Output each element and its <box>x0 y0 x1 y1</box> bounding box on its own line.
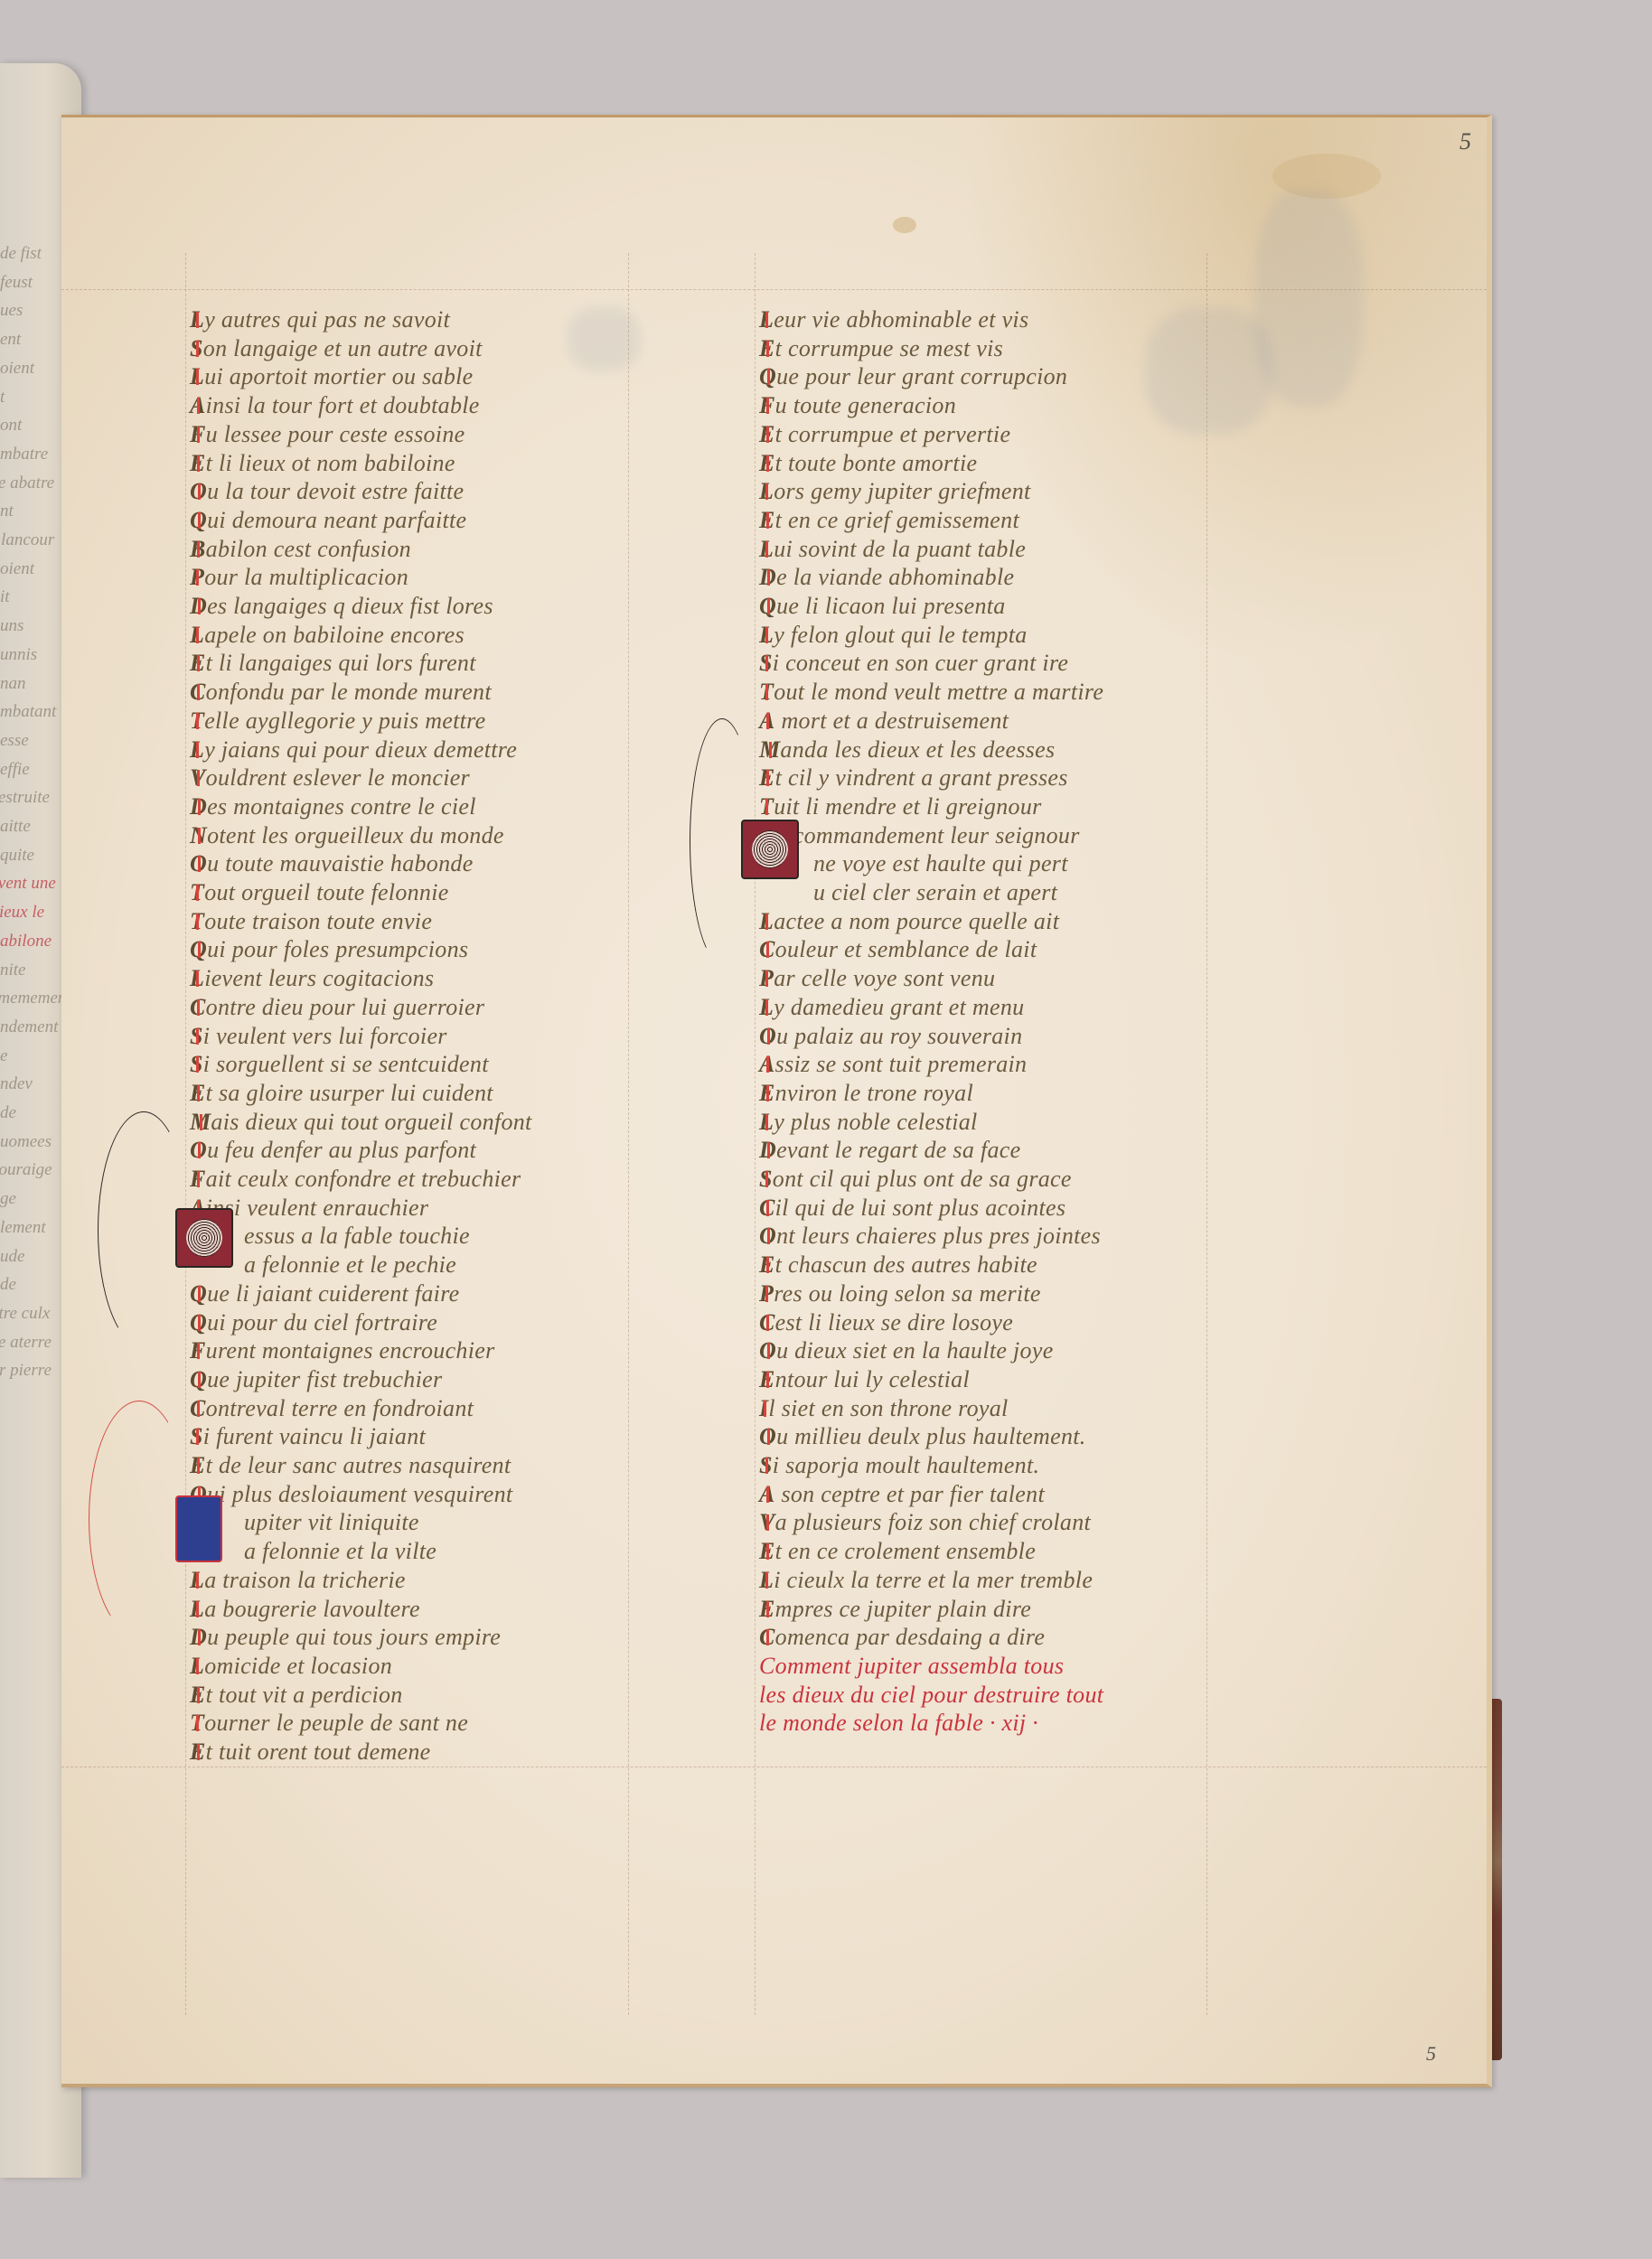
rubricated-initial: L <box>190 1652 204 1681</box>
rubricated-initial: T <box>190 878 204 907</box>
verse-line: Ou toute mauvaistie habonde <box>190 849 474 878</box>
verse-line: Et tuit orent tout demene <box>190 1738 431 1767</box>
verse-line: Ou palaiz au roy souverain <box>759 1022 1022 1051</box>
verse-line: Et cil y vindrent a grant presses <box>759 764 1068 792</box>
verse-text: y jaians qui pour dieux demettre <box>204 736 517 763</box>
verse-text: a felonnie et la vilte <box>244 1538 436 1564</box>
verse-line: Et chascun des autres habite <box>759 1251 1037 1279</box>
verse-text: u toute mauvaistie habonde <box>207 850 473 876</box>
verse-text: t corrumpue et pervertie <box>775 421 1011 447</box>
rubricated-initial: A <box>759 1050 775 1079</box>
verse-line: Ou millieu deulx plus haultement. <box>759 1422 1086 1451</box>
rubricated-initial: E <box>190 449 206 478</box>
verse-text: i cieulx la terre et la mer tremble <box>774 1567 1093 1593</box>
previous-page-text-fragment: uomees <box>0 1132 52 1152</box>
previous-page-text-fragment: ntre culx <box>0 1304 50 1324</box>
rubricated-initial: S <box>190 1422 203 1451</box>
verse-text: ue li licaon lui presenta <box>776 593 1006 619</box>
knotwork-ornament <box>186 1219 222 1257</box>
rubricated-initial: N <box>190 821 207 850</box>
verse-line: Que li jaiant cuiderent faire <box>190 1279 460 1308</box>
verse-text: a felonnie et le pechie <box>244 1251 456 1278</box>
rubricated-initial: M <box>190 1108 211 1137</box>
verse-text: elle aygllegorie y puis mettre <box>204 708 485 734</box>
previous-page-text-fragment: de fist <box>0 244 42 264</box>
previous-page-text-fragment: oient <box>0 359 34 379</box>
ink-offset <box>1254 190 1363 407</box>
previous-page-text-fragment: nt <box>0 501 14 521</box>
previous-page-text-fragment: uns <box>0 616 23 636</box>
rubricated-initial: P <box>759 964 774 993</box>
verse-text: actee a nom pource quelle ait <box>774 908 1059 934</box>
verse-text: u dieux siet en la haulte joye <box>776 1337 1053 1364</box>
verse-text: t en ce grief gemissement <box>775 507 1019 533</box>
verse-text: t tuit orent tout demene <box>206 1739 431 1765</box>
previous-page-text-fragment: effie <box>0 760 30 780</box>
previous-page-text-fragment: ude <box>0 1247 24 1267</box>
previous-page-text-fragment: l couraige <box>0 1160 52 1180</box>
rubricated-initial: C <box>190 1394 206 1423</box>
verse-text: u palaiz au roy souverain <box>776 1023 1022 1049</box>
verse-line: Ly jaians qui pour dieux demettre <box>190 736 517 764</box>
verse-text: ue li jaiant cuiderent faire <box>207 1280 459 1307</box>
verse-line: Ou la tour devoit estre faitte <box>190 477 464 506</box>
verse-line: Notent les orgueilleux du monde <box>190 821 504 850</box>
rubricated-initial: C <box>759 935 775 964</box>
verse-text: l siet en son throne royal <box>768 1395 1008 1421</box>
rubric-heading-line: Comment jupiter assembla tous <box>759 1652 1064 1681</box>
rubric-heading-line: les dieux du ciel pour destruire tout <box>759 1681 1103 1710</box>
verse-text: est li lieux se dire losoye <box>775 1309 1013 1336</box>
verse-line: Ly damedieu grant et menu <box>759 993 1024 1022</box>
verse-line: Comenca par desdaing a dire <box>759 1623 1045 1652</box>
previous-page-text-fragment: e <box>0 1046 7 1066</box>
verse-line: La bougrerie lavoultere <box>190 1595 420 1624</box>
rubricated-initial: M <box>759 736 780 764</box>
rubricated-initial: Q <box>190 1365 207 1394</box>
previous-page-text-fragment: ndev <box>0 1074 33 1094</box>
rubricated-initial: T <box>190 1709 204 1738</box>
rubric-heading-line: le monde selon la fable · xij · <box>759 1709 1038 1738</box>
rubricated-initial: D <box>759 1136 776 1165</box>
rubricated-initial: T <box>759 792 774 821</box>
verse-text: es langaiges q dieux fist lores <box>207 593 493 619</box>
verse-line: Si veulent vers lui forcoier <box>190 1022 447 1051</box>
verse-line: Cil qui de lui sont plus acointes <box>759 1194 1065 1223</box>
verse-line: Par celle voye sont venu <box>759 964 995 993</box>
rubricated-initial: E <box>759 506 775 535</box>
ruling-left-col-right <box>628 253 629 2015</box>
verse-line: Que pour leur grant corrupcion <box>759 362 1067 391</box>
rubricated-initial: S <box>759 1451 773 1480</box>
previous-page-text-fragment: e aterre <box>0 1333 52 1353</box>
verse-line: Cest li lieux se dire losoye <box>759 1308 1013 1337</box>
rubricated-initial: C <box>759 1623 775 1652</box>
verse-text: insi la tour fort et doubtable <box>206 392 480 418</box>
rubricated-initial: E <box>759 449 775 478</box>
verse-line: Tout le mond veult mettre a martire <box>759 678 1103 707</box>
previous-page-text-fragment: our pierre <box>0 1361 52 1381</box>
rubricated-initial: F <box>190 420 206 449</box>
verse-text: ui aportoit mortier ou sable <box>204 363 473 389</box>
verse-text: nt leurs chaieres plus pres jointes <box>776 1223 1101 1249</box>
verse-line: Fu toute generacion <box>759 391 956 420</box>
rubricated-initial: T <box>190 907 204 936</box>
verse-line: Tuit li mendre et li greignour <box>759 792 1042 821</box>
verse-line: Qui pour foles presumpcions <box>190 935 468 964</box>
verse-text: essus a la fable touchie <box>244 1223 470 1249</box>
left-text-column: Ly autres qui pas ne savoitSon langaige … <box>190 305 624 1787</box>
verse-line: Son langaige et un autre avoit <box>190 334 483 363</box>
verse-line: Et en ce crolement ensemble <box>759 1537 1036 1566</box>
verse-line: Et de leur sanc autres nasquirent <box>190 1451 511 1480</box>
previous-page-text-fragment: t <box>0 388 5 408</box>
verse-text: our la multiplicacion <box>204 564 408 590</box>
verse-text: ievent leurs cogitacions <box>204 965 434 991</box>
rubricated-initial: E <box>190 1738 206 1767</box>
verse-text: ne voye est haulte qui pert <box>813 850 1068 876</box>
verse-text: ntour lui ly celestial <box>775 1366 970 1392</box>
verse-line: Et corrumpue se mest vis <box>759 334 1003 363</box>
verse-text: ait ceulx confondre et trebuchier <box>206 1166 521 1192</box>
ruling-right-col-left <box>755 253 756 2015</box>
verse-text: y plus noble celestial <box>774 1109 977 1135</box>
verse-text: u toute generacion <box>775 392 956 418</box>
rubricated-initial: V <box>190 764 206 792</box>
verse-text: out orgueil toute felonnie <box>204 879 448 905</box>
verse-line: Manda les dieux et les deesses <box>759 736 1055 764</box>
rubricated-initial: A <box>759 707 775 736</box>
previous-page-text-fragment: de <box>0 1103 16 1123</box>
rubricated-initial: O <box>190 1136 207 1165</box>
verse-line: Lomicide et locasion <box>190 1652 392 1681</box>
verse-text: a traison la tricherie <box>204 1567 406 1593</box>
rubricated-initial: L <box>759 621 774 650</box>
verse-line: Qui demoura neant parfaitte <box>190 506 466 535</box>
verse-text: ui pour du ciel fortraire <box>207 1309 437 1336</box>
verse-text: es montaignes contre le ciel <box>207 793 476 820</box>
rubricated-initial: T <box>190 707 204 736</box>
verse-text: ouleur et semblance de lait <box>775 936 1037 962</box>
verse-line: Si saporja moult haultement. <box>759 1451 1039 1480</box>
verse-line: Tout orgueil toute felonnie <box>190 878 449 907</box>
verse-line: Ly felon glout qui le tempta <box>759 621 1028 650</box>
verse-text: u peuple qui tous jours empire <box>207 1624 501 1650</box>
previous-page-text-fragment: ont <box>0 416 22 436</box>
rubricated-initial: Q <box>190 1279 207 1308</box>
verse-line: Assiz se sont tuit premerain <box>759 1050 1027 1079</box>
verse-line: Lors gemy jupiter griefment <box>759 477 1031 506</box>
verse-text: u la tour devoit estre faitte <box>207 478 464 504</box>
previous-page-text-fragment: it <box>0 587 10 607</box>
rubricated-initial: Q <box>190 1308 207 1337</box>
verse-text: oute traison toute envie <box>204 908 432 934</box>
pen-flourish-red <box>89 1401 190 1637</box>
verse-line: Devant le regart de sa face <box>759 1136 1020 1165</box>
verse-text: y damedieu grant et menu <box>774 994 1024 1020</box>
verse-line: Lui aportoit mortier ou sable <box>190 362 473 391</box>
previous-page-text-fragment: mbatant <box>0 702 56 722</box>
manuscript-page: 5 5 Ly autres qui pas ne savoitSon langa… <box>61 115 1492 2087</box>
rubricated-initial: L <box>190 621 204 650</box>
verse-line: A mort et a destruisement <box>759 707 1009 736</box>
verse-text: t cil y vindrent a grant presses <box>775 764 1068 791</box>
verse-text: ouldrent eslever le moncier <box>206 764 470 791</box>
verse-text: evant le regart de sa face <box>776 1137 1020 1163</box>
rubricated-initial: O <box>190 477 207 506</box>
rubricated-initial: V <box>759 1508 775 1537</box>
verse-line: Qui plus desloiaument vesquirent <box>190 1480 512 1509</box>
verse-line: Entour lui ly celestial <box>759 1365 970 1394</box>
verse-text: u feu denfer au plus parfont <box>207 1137 476 1163</box>
verse-text: nviron le trone royal <box>775 1080 973 1106</box>
verse-text: ourner le peuple de sant ne <box>204 1710 468 1736</box>
verse-line: Si furent vaincu li jaiant <box>190 1422 426 1451</box>
verse-text: son ceptre et par fier talent <box>775 1481 1045 1507</box>
verse-line: Et li lieux ot nom babiloine <box>190 449 455 478</box>
rubricated-initial: O <box>759 1222 776 1251</box>
previous-page-text-fragment: nite <box>0 961 26 980</box>
verse-text: t sa gloire usurper lui cuident <box>206 1080 493 1106</box>
verse-text: a plusieurs foiz son chief crolant <box>775 1509 1091 1535</box>
verse-line: La traison la tricherie <box>190 1566 406 1595</box>
rubricated-initial: C <box>759 1308 775 1337</box>
verse-text: t tout vit a perdicion <box>206 1682 403 1708</box>
rubricated-initial: O <box>190 849 207 878</box>
rubricated-initial: D <box>190 792 207 821</box>
verse-line: Empres ce jupiter plain dire <box>759 1595 1031 1624</box>
rubricated-initial: L <box>190 362 204 391</box>
verse-line: Environ le trone royal <box>759 1079 973 1108</box>
verse-line: a felonnie et la vilte <box>244 1537 436 1566</box>
verse-line: Et sa gloire usurper lui cuident <box>190 1079 493 1108</box>
previous-page-text-fragment: mbatre <box>0 445 48 464</box>
verse-line: Si sorguellent si se sentcuident <box>190 1050 489 1079</box>
verse-line: Ainsi la tour fort et doubtable <box>190 391 480 420</box>
rubricated-initial: D <box>759 563 776 592</box>
verse-text: uit li mendre et li greignour <box>774 793 1041 820</box>
verse-text: on langaige et un autre avoit <box>203 335 483 361</box>
verse-line: Leur vie abhominable et vis <box>759 305 1028 334</box>
rubricated-initial: A <box>190 391 206 420</box>
verse-text: a bougrerie lavoultere <box>204 1596 420 1622</box>
rubricated-initial: E <box>190 1681 206 1710</box>
verse-text: ar celle voye sont venu <box>774 965 995 991</box>
verse-text: ont cil qui plus ont de sa grace <box>773 1166 1072 1192</box>
verse-text: mort et a destruisement <box>775 708 1009 734</box>
verse-text: u lessee pour ceste essoine <box>206 421 465 447</box>
verse-line: Et en ce grief gemissement <box>759 506 1019 535</box>
rubricated-initial: E <box>759 1365 775 1394</box>
verse-line: Lapele on babiloine encores <box>190 621 465 650</box>
rubricated-initial: L <box>190 736 204 764</box>
verse-line: Fait ceulx confondre et trebuchier <box>190 1165 521 1194</box>
verse-line: Et li langaiges qui lors furent <box>190 649 476 678</box>
verse-text: y autres qui pas ne savoit <box>204 306 450 333</box>
verse-text: onfondu par le monde murent <box>206 679 492 705</box>
rubricated-initial: Q <box>190 935 207 964</box>
rubricated-initial: Q <box>759 592 776 621</box>
verse-text: t toute bonte amortie <box>775 450 978 476</box>
ruling-left-col-left <box>185 253 186 2015</box>
verse-line: Contre dieu pour lui guerroier <box>190 993 484 1022</box>
verse-line: Que li licaon lui presenta <box>759 592 1006 621</box>
rubricated-initial: A <box>759 1480 775 1509</box>
folio-number-bottom: 5 <box>1426 2042 1436 2066</box>
previous-page-text-fragment: estruite <box>0 788 50 808</box>
verse-text: t li langaiges qui lors furent <box>206 650 476 676</box>
rubricated-initial: F <box>190 1165 206 1194</box>
verse-line: Du peuple qui tous jours empire <box>190 1623 501 1652</box>
verse-text: res ou loing selon sa merite <box>774 1280 1041 1307</box>
rubricated-initial: C <box>190 678 206 707</box>
verse-text: i saporja moult haultement. <box>773 1452 1040 1478</box>
verse-line: Ont leurs chaieres plus pres jointes <box>759 1222 1101 1251</box>
rubricated-initial: B <box>190 535 206 564</box>
verse-line: Qui pour du ciel fortraire <box>190 1308 437 1337</box>
verse-line: Ou feu denfer au plus parfont <box>190 1136 476 1165</box>
rubricated-initial: E <box>759 1537 775 1566</box>
rubricated-initial: C <box>190 993 206 1022</box>
verse-line: Si conceut en son cuer grant ire <box>759 649 1068 678</box>
rubricated-initial: L <box>190 1595 204 1624</box>
pen-flourish <box>690 718 755 964</box>
rubricated-initial: I <box>759 1394 768 1423</box>
rubricated-initial: E <box>759 420 775 449</box>
verse-line: Pour la multiplicacion <box>190 563 408 592</box>
verse-text: e la viande abhominable <box>776 564 1014 590</box>
rubricated-initial: L <box>759 993 774 1022</box>
previous-page-text-fragment: de <box>0 1275 16 1295</box>
rubricated-initial: L <box>759 1566 774 1595</box>
verse-text: i sorguellent si se sentcuident <box>203 1051 489 1077</box>
verse-text: t corrumpue se mest vis <box>775 335 1003 361</box>
verse-text: t li lieux ot nom babiloine <box>206 450 455 476</box>
verse-line: essus a la fable touchie <box>244 1222 470 1251</box>
previous-page-text-fragment: ues <box>0 301 23 321</box>
verse-text: ui plus desloiaument vesquirent <box>207 1481 512 1507</box>
rubricated-initial: S <box>190 1050 203 1079</box>
rubricated-initial: E <box>190 1079 206 1108</box>
verse-text: ui sovint de la puant table <box>774 536 1026 562</box>
verse-line: Et tout vit a perdicion <box>190 1681 403 1710</box>
verse-text: t de leur sanc autres nasquirent <box>206 1452 512 1478</box>
verse-line: Mais dieux qui tout orgueil confont <box>190 1108 532 1137</box>
rubricated-initial: D <box>190 592 207 621</box>
rubricated-initial: O <box>759 1022 776 1051</box>
previous-page-text-fragment: ndement <box>0 1017 58 1037</box>
verse-line: Tourner le peuple de sant ne <box>190 1709 468 1738</box>
previous-page-text-fragment: unnis <box>0 645 37 665</box>
verse-line: upiter vit liniquite <box>244 1508 419 1537</box>
verse-text: u ciel cler serain et apert <box>813 879 1057 905</box>
previous-page-text-fragment: ge <box>0 1189 16 1209</box>
verse-line: Lievent leurs cogitacions <box>190 964 434 993</box>
verse-line: Contreval terre en fondroiant <box>190 1394 474 1423</box>
rubricated-initial: F <box>190 1336 206 1365</box>
rubricated-initial: E <box>759 764 775 792</box>
verse-line: Furent montaignes encrouchier <box>190 1336 495 1365</box>
verse-text: il qui de lui sont plus acointes <box>775 1195 1066 1221</box>
verse-text: out le mond veult mettre a martire <box>774 679 1103 705</box>
verse-text: i furent vaincu li jaiant <box>203 1423 426 1449</box>
verse-line: Toute traison toute envie <box>190 907 432 936</box>
verse-text: insi veulent enrauchier <box>206 1195 429 1221</box>
previous-page-text-fragment: r lancour <box>0 530 54 550</box>
rubricated-initial: T <box>759 678 774 707</box>
rubricated-initial: P <box>190 563 204 592</box>
rubricated-initial: P <box>759 1279 774 1308</box>
previous-page-text-fragment: nan <box>0 674 26 694</box>
pen-flourish <box>98 1111 190 1348</box>
previous-page-text-fragment: ent <box>0 330 21 350</box>
rubricated-initial: L <box>190 1566 204 1595</box>
verse-line: Ou dieux siet en la haulte joye <box>759 1336 1054 1365</box>
verse-text: otent les orgueilleux du monde <box>207 822 504 848</box>
verse-text: i conceut en son cuer grant ire <box>773 650 1068 676</box>
verse-text: ui demoura neant parfaitte <box>207 507 466 533</box>
verse-text: urent montaignes encrouchier <box>206 1337 495 1364</box>
verse-line: Babilon cest confusion <box>190 535 411 564</box>
verse-text: y felon glout qui le tempta <box>774 622 1027 648</box>
verse-line: a felonnie et le pechie <box>244 1251 456 1279</box>
verse-text: ue jupiter fist trebuchier <box>207 1366 442 1392</box>
verse-line: De la viande abhominable <box>759 563 1014 592</box>
rubricated-initial: S <box>759 649 773 678</box>
verse-text: apele on babiloine encores <box>204 622 465 648</box>
verse-text: i veulent vers lui forcoier <box>203 1023 447 1049</box>
rubricated-initial: E <box>759 1079 775 1108</box>
rubricated-initial: O <box>759 1422 776 1451</box>
rubricated-initial: E <box>190 649 206 678</box>
verse-line: Des montaignes contre le ciel <box>190 792 476 821</box>
verse-text: u millieu deulx plus haultement. <box>776 1423 1085 1449</box>
previous-page-text-fragment: oient <box>0 559 34 579</box>
previous-page-text-fragment: aitte <box>0 817 31 837</box>
right-text-column: Leur vie abhominable et visEt corrumpue … <box>759 305 1211 1787</box>
stain <box>893 217 916 233</box>
rubricated-initial: L <box>190 305 204 334</box>
previous-page-text-fragment: lement <box>0 1218 46 1238</box>
verse-text: omicide et locasion <box>204 1653 392 1679</box>
verse-text: mpres ce jupiter plain dire <box>775 1596 1031 1622</box>
verse-line: u ciel cler serain et apert <box>813 878 1057 907</box>
rubricated-initial: O <box>759 1336 776 1365</box>
previous-page-text-fragment: quite <box>0 846 34 866</box>
rubricated-initial: Q <box>190 506 207 535</box>
verse-line: ne voye est haulte qui pert <box>813 849 1068 878</box>
rubricated-initial: E <box>759 334 775 363</box>
rubricated-initial: E <box>759 1595 775 1624</box>
rubricated-initial: L <box>190 964 204 993</box>
rubricated-initial: E <box>190 1451 206 1480</box>
verse-line: Lactee a nom pource quelle ait <box>759 907 1059 936</box>
previous-page-rubric-fragment: devent une <box>0 874 56 894</box>
verse-line: Couleur et semblance de lait <box>759 935 1037 964</box>
previous-page-text-fragment: feust <box>0 273 33 293</box>
rubricated-initial: S <box>190 334 203 363</box>
verse-text: ssiz se sont tuit premerain <box>775 1051 1028 1077</box>
verse-text: ui pour foles presumpcions <box>207 936 468 962</box>
verse-line: Va plusieurs foiz son chief crolant <box>759 1508 1091 1537</box>
verse-text: t chascun des autres habite <box>775 1251 1037 1278</box>
rubricated-initial: Q <box>759 362 776 391</box>
previous-page-text-fragment: ememement <box>0 989 71 1008</box>
previous-page-rubric-fragment: et dieux le <box>0 903 44 923</box>
verse-text: ontreval terre en fondroiant <box>206 1395 474 1421</box>
verse-line: Fu lessee pour ceste essoine <box>190 420 465 449</box>
verse-line: Des langaiges q dieux fist lores <box>190 592 493 621</box>
